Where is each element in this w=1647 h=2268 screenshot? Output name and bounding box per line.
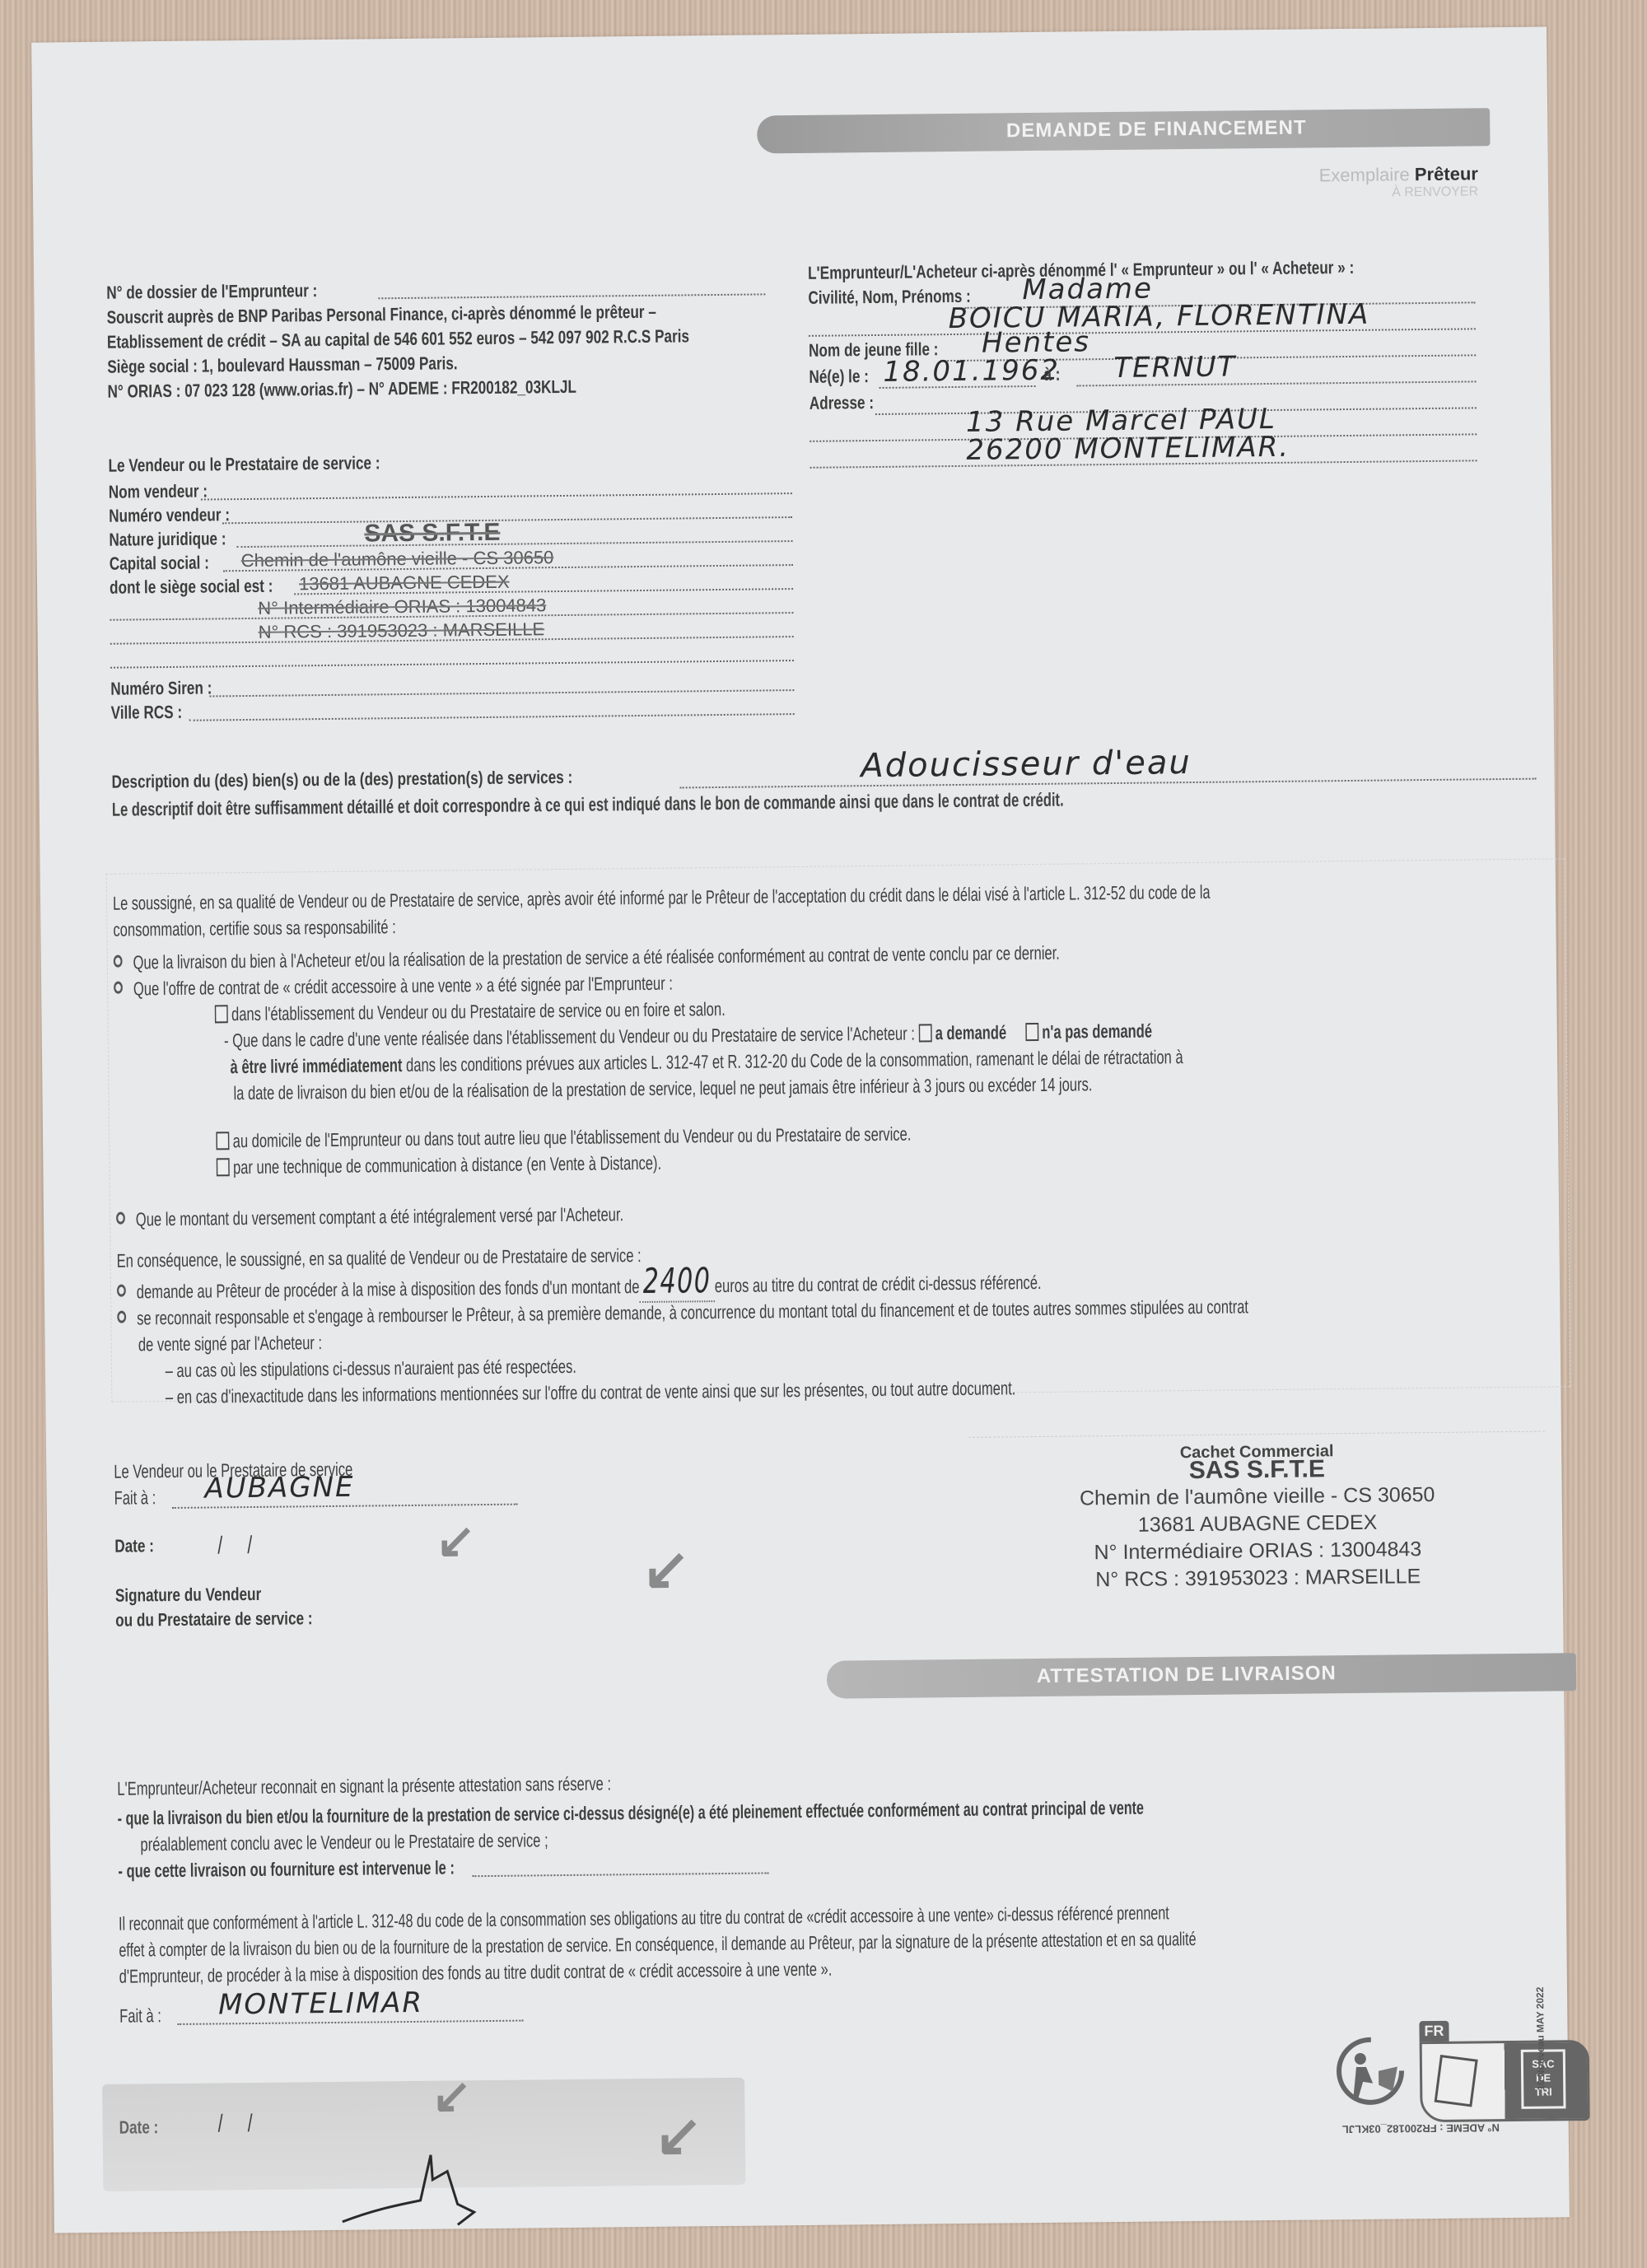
- vendor-field-value[interactable]: SAS S.F.T.E: [364, 519, 500, 548]
- vendor-field-label: Numéro Siren :: [110, 675, 212, 701]
- checkbox-distance[interactable]: [217, 1158, 230, 1176]
- civility-label: Civilité, Nom, Prénoms :: [808, 284, 971, 310]
- address-label: Adresse :: [810, 390, 875, 416]
- bullet-icon: [116, 1212, 125, 1225]
- triman-icon: [1333, 2033, 1408, 2108]
- stamp-line: N° RCS : 391953023 : MARSEILLE: [970, 1562, 1547, 1595]
- vendor-field-label: dont le siège social est :: [110, 574, 273, 600]
- checkbox-requested[interactable]: [918, 1024, 931, 1042]
- sign-here-arrow-icon: ↙: [436, 1512, 476, 1569]
- ademe-number: N° ADEME : FR200182_03KLJL: [1342, 2121, 1500, 2135]
- borrower-signature[interactable]: [334, 2145, 532, 2238]
- checkbox-not-requested[interactable]: [1025, 1023, 1038, 1041]
- bullet-icon: [114, 982, 123, 994]
- vendor-date-field[interactable]: / /: [217, 1533, 252, 1559]
- vendor-place-value[interactable]: AUBAGNE: [204, 1471, 354, 1505]
- vendor-heading: Le Vendeur ou le Prestataire de service …: [108, 448, 647, 478]
- borrower-block: L'Emprunteur/L'Acheteur ci-après dénommé…: [808, 254, 1486, 470]
- commercial-stamp: Cachet Commercial SAS S.F.T.E Chemin de …: [968, 1431, 1547, 1611]
- bullet-icon: [114, 955, 123, 968]
- vendor-block: Le Vendeur ou le Prestataire de service …: [108, 446, 802, 725]
- bullet-icon: [117, 1285, 126, 1297]
- copy-label-main: Prêteur: [1415, 163, 1478, 184]
- cert-bullet-payment: Que le montant du versement comptant a é…: [116, 1196, 1154, 1233]
- side-print-code: 10 Nouveau MAY 2022: [1534, 1987, 1547, 2091]
- sign-here-arrow-icon: ↙: [642, 1534, 691, 1603]
- born-label: Né(e) le :: [809, 364, 869, 390]
- vendor-field-value[interactable]: N° RCS : 391953023 : MARSEILLE: [259, 618, 545, 643]
- bullet-icon: [117, 1311, 126, 1323]
- info-tri-panel: FR SACDETRI: [1420, 2040, 1590, 2122]
- vendor-field-label: Capital social :: [110, 550, 209, 576]
- copy-sub: À RENVOYER: [1319, 184, 1478, 201]
- recycling-logos: FR SACDETRI N° ADEME : FR200182_03KLJL: [1332, 2015, 1605, 2133]
- delivery-date-field[interactable]: [472, 1872, 768, 1877]
- copy-label-prefix: Exemplaire: [1319, 164, 1410, 185]
- vendor-field-label: Nom vendeur :: [109, 478, 208, 504]
- vendor-field-value[interactable]: N° Intermédiaire ORIAS : 13004843: [258, 595, 546, 619]
- delivery-attestation: L'Emprunteur/Acheteur reconnait en signa…: [117, 1760, 1569, 2028]
- checkbox-establishment[interactable]: [215, 1005, 228, 1023]
- vendor-field-label: Numéro vendeur :: [109, 502, 230, 529]
- vendor-field-value[interactable]: 13681 AUBAGNE CEDEX: [299, 572, 510, 595]
- vendor-signature-block: Le Vendeur ou le Prestataire de service …: [114, 1450, 856, 1647]
- paper-icon: [1435, 2055, 1478, 2107]
- vendor-field-label: Ville RCS :: [110, 700, 182, 726]
- born-at-label: à :: [1043, 362, 1060, 387]
- certification-block: Le soussigné, en sa qualité de Vendeur o…: [113, 875, 1560, 1410]
- borrower-date-field[interactable]: / /: [217, 2111, 252, 2137]
- lender-block: N° de dossier de l'Emprunteur : Souscrit…: [106, 273, 783, 404]
- born-value[interactable]: 18.01.1962: [883, 354, 1060, 389]
- address-line2[interactable]: 26200 MONTELIMAR.: [966, 431, 1290, 467]
- amount-value[interactable]: 2400: [639, 1260, 715, 1303]
- title-band-text: DEMANDE DE FINANCEMENT: [1006, 116, 1307, 142]
- copy-label: Exemplaire Prêteur À RENVOYER: [1319, 163, 1479, 201]
- vendor-field-value[interactable]: Chemin de l'aumône vieille - CS 30650: [241, 547, 554, 572]
- delivery-band: ATTESTATION DE LIVRAISON: [827, 1653, 1576, 1699]
- delivery-band-text: ATTESTATION DE LIVRAISON: [1037, 1662, 1337, 1688]
- country-tag: FR: [1419, 2021, 1449, 2042]
- title-band: DEMANDE DE FINANCEMENT: [757, 108, 1490, 153]
- delivery-place-value[interactable]: MONTELIMAR: [218, 1986, 423, 2022]
- lender-line: N° ORIAS : 07 023 128 (www.orias.fr) – N…: [107, 374, 634, 404]
- born-at-value[interactable]: TERNUT: [1113, 350, 1236, 385]
- vendor-field-label: Nature juridique :: [109, 526, 226, 552]
- vendor-fields: Nom vendeur :Numéro vendeur :Nature juri…: [109, 473, 803, 725]
- financing-request-form: DEMANDE DE FINANCEMENT Exemplaire Prêteu…: [31, 26, 1570, 2233]
- description-value[interactable]: Adoucisseur d'eau: [861, 744, 1192, 785]
- checkbox-home[interactable]: [216, 1132, 229, 1150]
- description-label: Description du (des) bien(s) ou de la (d…: [111, 765, 572, 795]
- sign-here-arrow-icon: ↙: [654, 2101, 703, 2169]
- sign-here-arrow-icon: ↙: [432, 2067, 472, 2124]
- description-block: Description du (des) bien(s) ou de la (d…: [111, 751, 1553, 822]
